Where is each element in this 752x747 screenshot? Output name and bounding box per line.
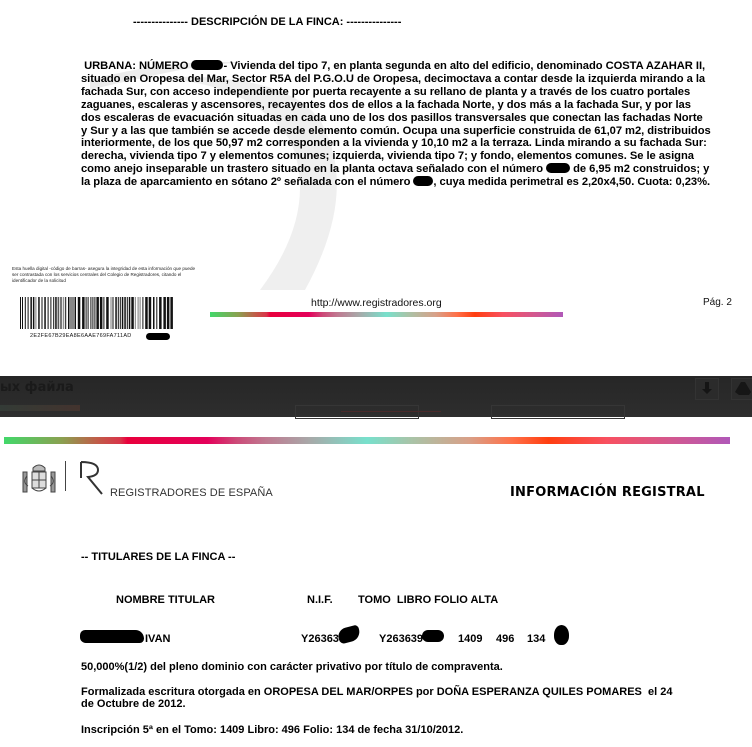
description-part1: - Vivienda del tipo 7, en planta segunda… [81,60,711,175]
document-title: INFORMACIÓN REGISTRAL [510,485,705,500]
owner-nif: Y26363 [301,633,339,645]
redacted-nif-suffix [336,624,361,644]
redacted-number [191,60,223,70]
owners-section-title: -- TITULARES DE LA FINCA -- [81,551,235,563]
color-strip-header [4,437,730,444]
owner-libro: 496 [496,633,514,645]
redacted-nif2-suffix [422,630,444,642]
barcode [20,297,173,329]
redacted-trastero-number [546,163,570,173]
fingerprint-note: Esta huella digital -código de barras- a… [12,266,197,284]
owner-name: IVAN [145,633,170,645]
coat-of-arms-icon [20,460,58,498]
inscription-text: Inscripción 5ª en el Tomo: 1409 Libro: 4… [81,724,721,736]
description-lead: URBANA: NÚMERO [84,60,188,72]
overlay-card-accent-1 [341,411,441,418]
drive-button[interactable] [731,378,752,400]
brand-name: REGISTRADORES DE ESPAÑA [110,487,273,499]
registradores-link[interactable]: http://www.registradores.org [311,297,442,309]
redacted-barcode-suffix [146,333,170,340]
column-header-name: NOMBRE TITULAR [116,594,215,606]
overlay-progress-fragment [0,405,80,411]
download-button[interactable] [695,378,719,400]
owner-nif-2: Y263639 [379,633,423,645]
description-part3: , cuya medida perimetral es 2,20x4,50. C… [433,176,710,188]
ownership-text: 50,000%(1/2) del pleno dominio con carác… [81,661,721,673]
section-title-descripcion: --------------- DESCRIPCIÓN DE LA FINCA:… [133,16,401,28]
redacted-alta [554,625,569,645]
barcode-id: 2E2FE67B29EA8E6AAE769FA711AD [30,333,132,339]
column-header-tomo-libro-folio-alta: TOMO LIBRO FOLIO ALTA [358,594,498,606]
header-divider [65,461,66,491]
owner-tomo: 1409 [458,633,482,645]
registradores-r-logo [78,460,104,496]
owner-folio: 134 [527,633,545,645]
redacted-surname [80,630,144,643]
property-description: URBANA: NÚMERO - Vivienda del tipo 7, en… [81,60,711,189]
page-number: Pág. 2 [703,297,732,308]
drive-icon [732,379,752,399]
download-icon [696,379,718,399]
redacted-parking-number [413,176,433,186]
color-strip-footer [210,312,563,317]
viewer-file-title: ых файла [0,380,74,395]
column-header-nif: N.I.F. [307,594,333,606]
deed-text: Formalizada escritura otorgada en OROPES… [81,686,681,710]
overlay-card-2 [491,405,625,419]
